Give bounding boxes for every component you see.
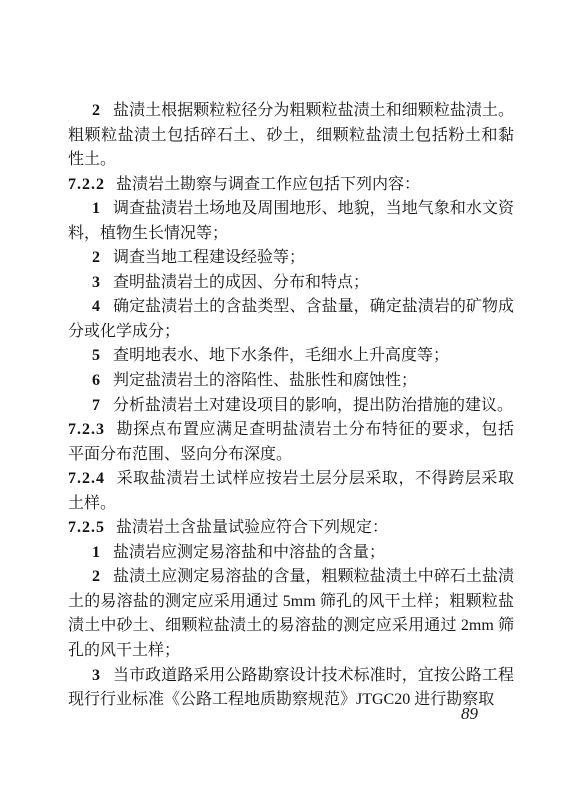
item-paragraph-1: 1调查盐渍岩土场地及周围地形、地貌，当地气象和水文资料，植物生长情况等； xyxy=(68,197,514,246)
item-paragraph-5: 5查明地表水、地下水条件，毛细水上升高度等； xyxy=(68,344,514,369)
paragraph-text: 当市政道路采用公路勘察设计技术标准时，宜按公路工程现行行业标准《公路工程地质勘察… xyxy=(68,667,514,709)
item-number: 3 xyxy=(92,667,100,684)
clause-7-2-4: 7.2.4采取盐渍岩土试样应按岩土层分层采取，不得跨层采取土样。 xyxy=(68,467,514,516)
item-paragraph-3: 3当市政道路采用公路勘察设计技术标准时，宜按公路工程现行行业标准《公路工程地质勘… xyxy=(68,664,514,713)
item-paragraph-1: 1盐渍岩应测定易溶盐和中溶盐的含量； xyxy=(68,541,514,566)
page-number: 89 xyxy=(461,704,478,724)
paragraph-text: 查明盐渍岩土的成因、分布和特点； xyxy=(113,274,369,291)
page-content: 2盐渍土根据颗粒粒径分为粗颗粒盐渍土和细颗粒盐渍土。粗颗粒盐渍土包括碎石土、砂土… xyxy=(68,99,514,713)
paragraph-text: 盐渍岩应测定易溶盐和中溶盐的含量； xyxy=(113,544,385,561)
paragraph-text: 调查当地工程建设经验等； xyxy=(113,249,305,266)
paragraph-text: 确定盐渍岩土的含盐类型、含盐量，确定盐渍岩的矿物成分或化学成分； xyxy=(68,298,514,340)
item-number: 2 xyxy=(92,102,100,119)
paragraph-text: 盐渍岩土勘察与调查工作应包括下列内容： xyxy=(116,176,420,193)
clause-number: 7.2.2 xyxy=(68,176,105,193)
paragraph-text: 盐渍岩土含盐量试验应符合下列规定： xyxy=(116,519,388,536)
clause-7-2-5: 7.2.5盐渍岩土含盐量试验应符合下列规定： xyxy=(68,516,514,541)
item-paragraph-2: 2盐渍土根据颗粒粒径分为粗颗粒盐渍土和细颗粒盐渍土。粗颗粒盐渍土包括碎石土、砂土… xyxy=(68,99,514,173)
item-number: 4 xyxy=(92,298,100,315)
item-number: 1 xyxy=(92,200,100,217)
item-paragraph-7: 7分析盐渍岩土对建设项目的影响，提出防治措施的建议。 xyxy=(68,394,514,419)
paragraph-text: 采取盐渍岩土试样应按岩土层分层采取，不得跨层采取土样。 xyxy=(68,470,514,512)
item-number: 3 xyxy=(92,274,100,291)
paragraph-text: 盐渍土应测定易溶盐的含量，粗颗粒盐渍土中碎石土盐渍土的易溶盐的测定应采用通过 5… xyxy=(68,568,514,659)
paragraph-text: 勘探点布置应满足查明盐渍岩土分布特征的要求，包括平面分布范围、竖向分布深度。 xyxy=(68,421,514,463)
item-paragraph-6: 6判定盐渍岩土的溶陷性、盐胀性和腐蚀性； xyxy=(68,369,514,394)
item-number: 7 xyxy=(92,397,100,414)
paragraph-text: 查明地表水、地下水条件，毛细水上升高度等； xyxy=(113,347,449,364)
paragraph-text: 盐渍土根据颗粒粒径分为粗颗粒盐渍土和细颗粒盐渍土。粗颗粒盐渍土包括碎石土、砂土，… xyxy=(68,102,514,168)
item-paragraph-4: 4确定盐渍岩土的含盐类型、含盐量，确定盐渍岩的矿物成分或化学成分； xyxy=(68,295,514,344)
item-number: 1 xyxy=(92,544,100,561)
item-paragraph-2: 2调查当地工程建设经验等； xyxy=(68,246,514,271)
paragraph-text: 分析盐渍岩土对建设项目的影响，提出防治措施的建议。 xyxy=(113,397,513,414)
item-number: 2 xyxy=(92,249,100,266)
item-number: 6 xyxy=(92,372,100,389)
clause-7-2-3: 7.2.3勘探点布置应满足查明盐渍岩土分布特征的要求，包括平面分布范围、竖向分布… xyxy=(68,418,514,467)
clause-7-2-2: 7.2.2盐渍岩土勘察与调查工作应包括下列内容： xyxy=(68,173,514,198)
item-paragraph-2: 2盐渍土应测定易溶盐的含量，粗颗粒盐渍土中碎石土盐渍土的易溶盐的测定应采用通过 … xyxy=(68,565,514,663)
document-page: 2盐渍土根据颗粒粒径分为粗颗粒盐渍土和细颗粒盐渍土。粗颗粒盐渍土包括碎石土、砂土… xyxy=(0,0,561,804)
paragraph-text: 判定盐渍岩土的溶陷性、盐胀性和腐蚀性； xyxy=(113,372,417,389)
item-number: 2 xyxy=(92,568,100,585)
clause-number: 7.2.4 xyxy=(68,470,105,487)
clause-number: 7.2.5 xyxy=(68,519,105,536)
item-paragraph-3: 3查明盐渍岩土的成因、分布和特点； xyxy=(68,271,514,296)
paragraph-text: 调查盐渍岩土场地及周围地形、地貌，当地气象和水文资料，植物生长情况等； xyxy=(68,200,514,242)
item-number: 5 xyxy=(92,347,100,364)
clause-number: 7.2.3 xyxy=(68,421,105,438)
